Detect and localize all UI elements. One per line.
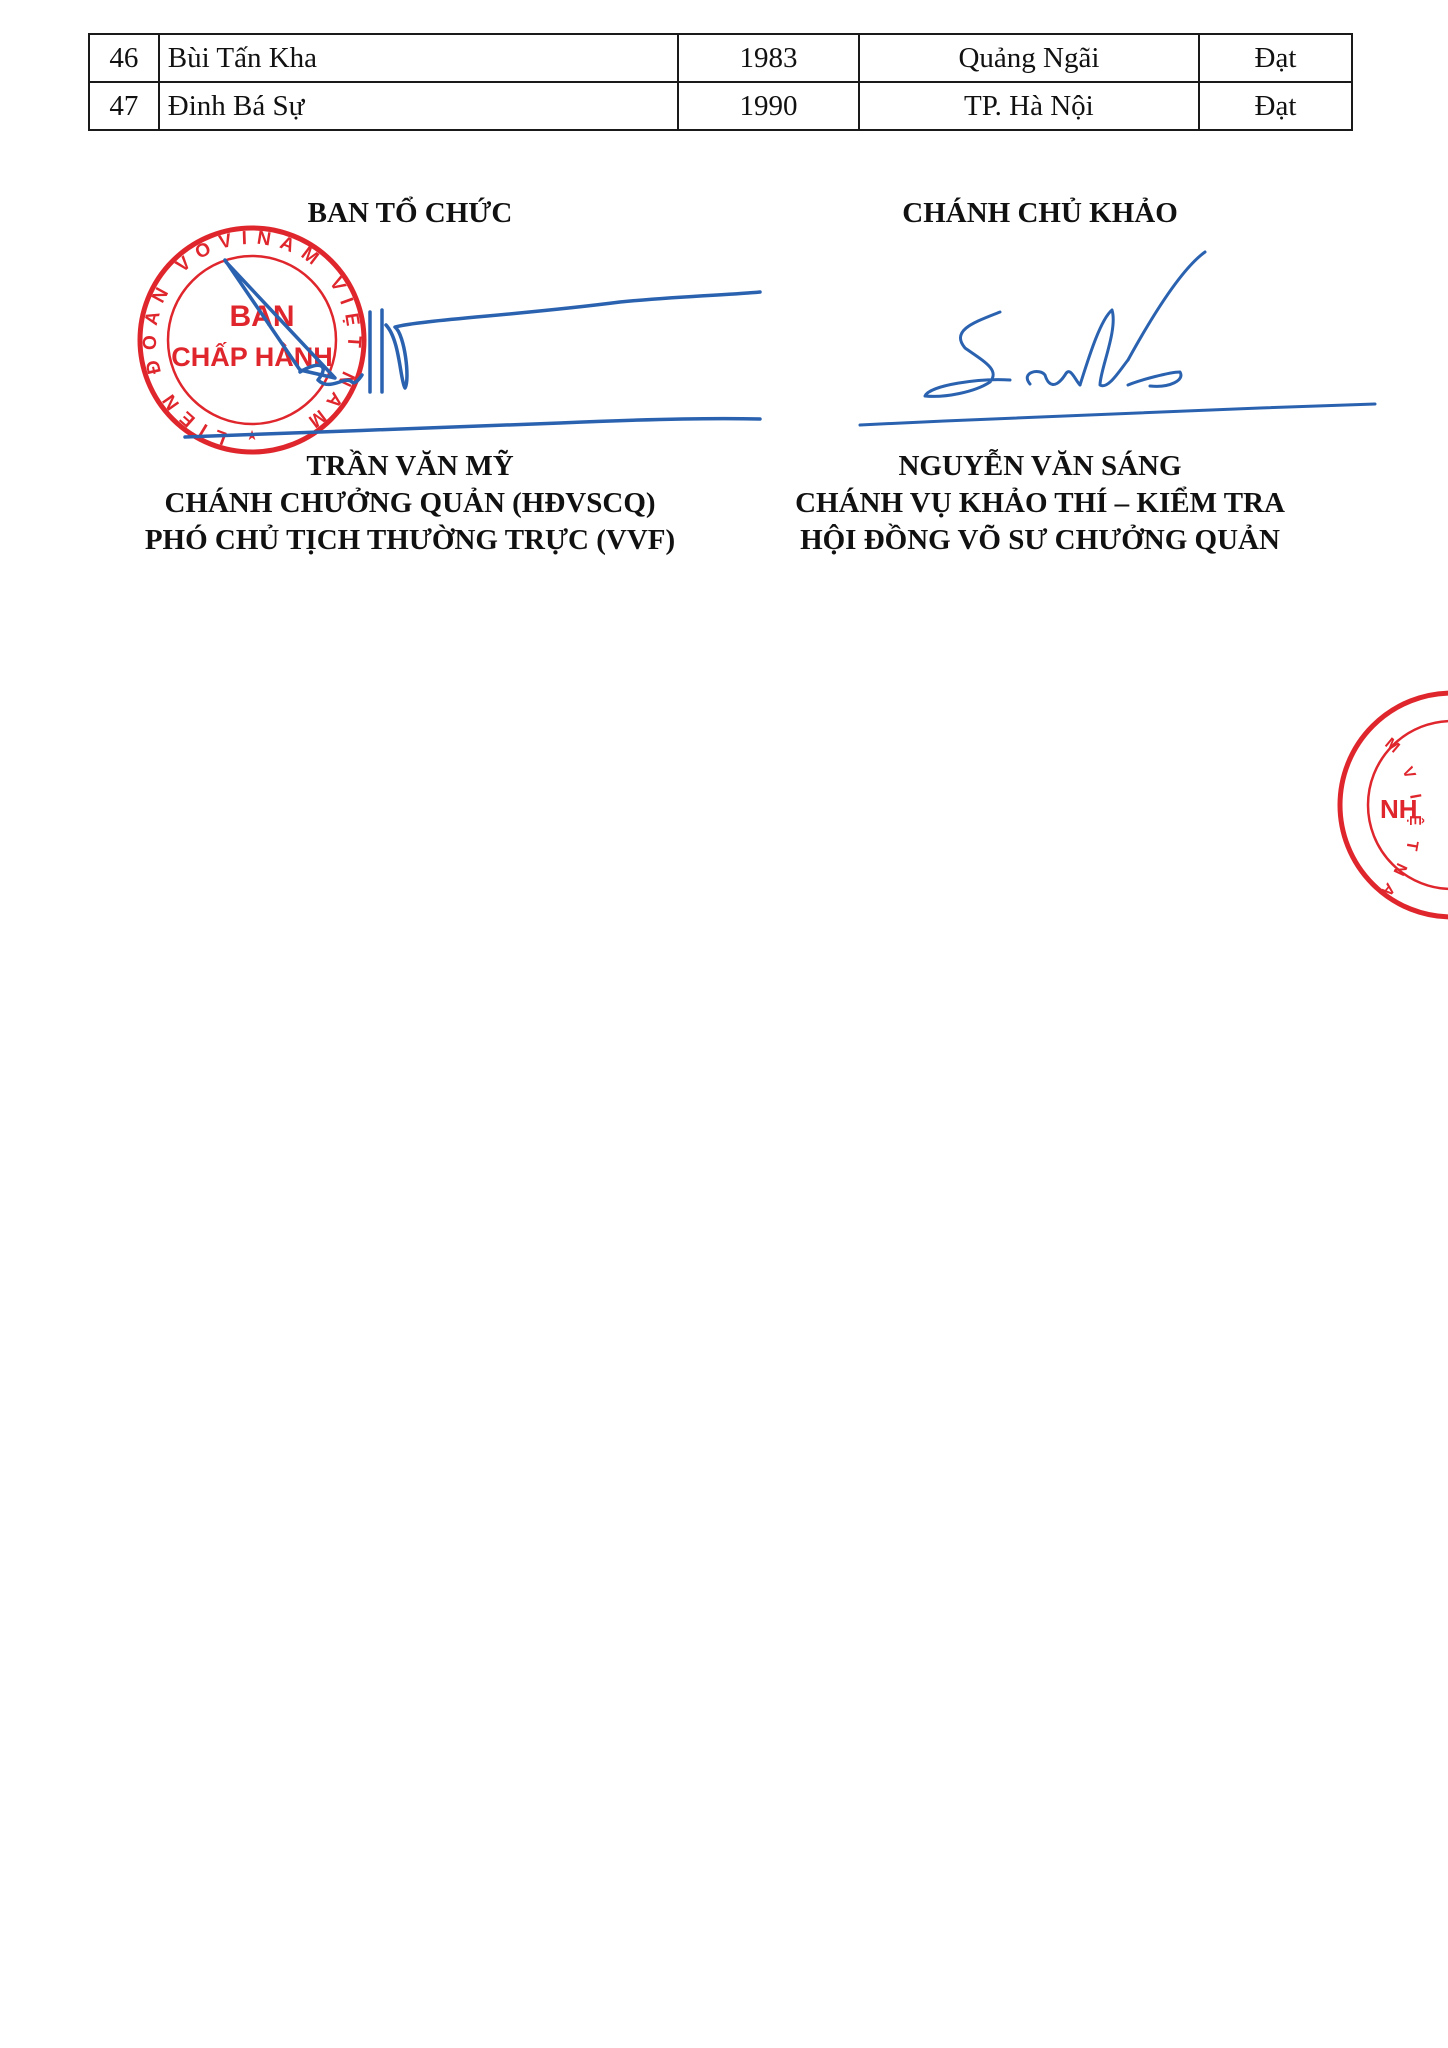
stamp-ring-text: LIÊN ĐOÀN VOVINAM VIỆT NAM — [140, 228, 365, 449]
stamp-center-text: CHẤP HÀNH — [171, 341, 333, 372]
result: Đạt — [1199, 34, 1352, 82]
signatory-name: TRẦN VĂN MỸ — [90, 448, 730, 485]
svg-text:M: M — [1381, 735, 1402, 757]
signature-title: BAN TỔ CHỨC — [90, 197, 730, 230]
stamps-and-signatures: LIÊN ĐOÀN VOVINAM VIỆT NAM BAN CHẤP HÀNH… — [0, 0, 1448, 2048]
signature-organizer — [185, 260, 760, 437]
svg-text:T: T — [1402, 839, 1420, 852]
signatory: NGUYỄN VĂN SÁNG CHÁNH VỤ KHẢO THÍ – KIỂM… — [740, 448, 1340, 559]
province: TP. Hà Nội — [859, 82, 1199, 130]
province: Quảng Ngãi — [859, 34, 1199, 82]
signatory: TRẦN VĂN MỸ CHÁNH CHƯỞNG QUẢN (HĐVSCQ) P… — [90, 448, 730, 559]
results-table: 46 Bùi Tấn Kha 1983 Quảng Ngãi Đạt 47 Đi… — [88, 33, 1353, 131]
signatory-name: NGUYỄN VĂN SÁNG — [740, 448, 1340, 485]
row-number: 46 — [89, 34, 159, 82]
svg-text:LIÊN ĐOÀN VOVINAM VIỆT NAM: LIÊN ĐOÀN VOVINAM VIỆT NAM — [140, 228, 365, 449]
signature-title: CHÁNH CHỦ KHẢO — [740, 197, 1340, 230]
signatory-position: HỘI ĐỒNG VÕ SƯ CHƯỞNG QUẢN — [740, 522, 1340, 559]
svg-text:I: I — [1406, 793, 1424, 800]
svg-text:★: ★ — [246, 427, 259, 443]
signatory-position: CHÁNH VỤ KHẢO THÍ – KIỂM TRA — [740, 485, 1340, 522]
signatory-position: PHÓ CHỦ TỊCH THƯỜNG TRỰC (VVF) — [90, 522, 730, 559]
signatory-position: CHÁNH CHƯỞNG QUẢN (HĐVSCQ) — [90, 485, 730, 522]
svg-text:NH: NH — [1380, 794, 1418, 824]
table-row: 46 Bùi Tấn Kha 1983 Quảng Ngãi Đạt — [89, 34, 1352, 82]
partial-stamp-edge: NH M V I Ệ T N A — [1340, 693, 1448, 917]
row-number: 47 — [89, 82, 159, 130]
table-row: 47 Đinh Bá Sự 1990 TP. Hà Nội Đạt — [89, 82, 1352, 130]
signature-chief-examiner — [860, 252, 1375, 425]
svg-text:N: N — [1389, 860, 1409, 878]
svg-text:V: V — [1398, 765, 1418, 782]
stamp-center-text: BAN — [230, 300, 295, 333]
birth-year: 1990 — [678, 82, 859, 130]
svg-text:Ệ: Ệ — [1406, 815, 1425, 826]
result: Đạt — [1199, 82, 1352, 130]
svg-text:A: A — [1377, 879, 1398, 899]
candidate-name: Đinh Bá Sự — [159, 82, 678, 130]
candidate-name: Bùi Tấn Kha — [159, 34, 678, 82]
birth-year: 1983 — [678, 34, 859, 82]
official-stamp: LIÊN ĐOÀN VOVINAM VIỆT NAM BAN CHẤP HÀNH… — [140, 228, 365, 452]
